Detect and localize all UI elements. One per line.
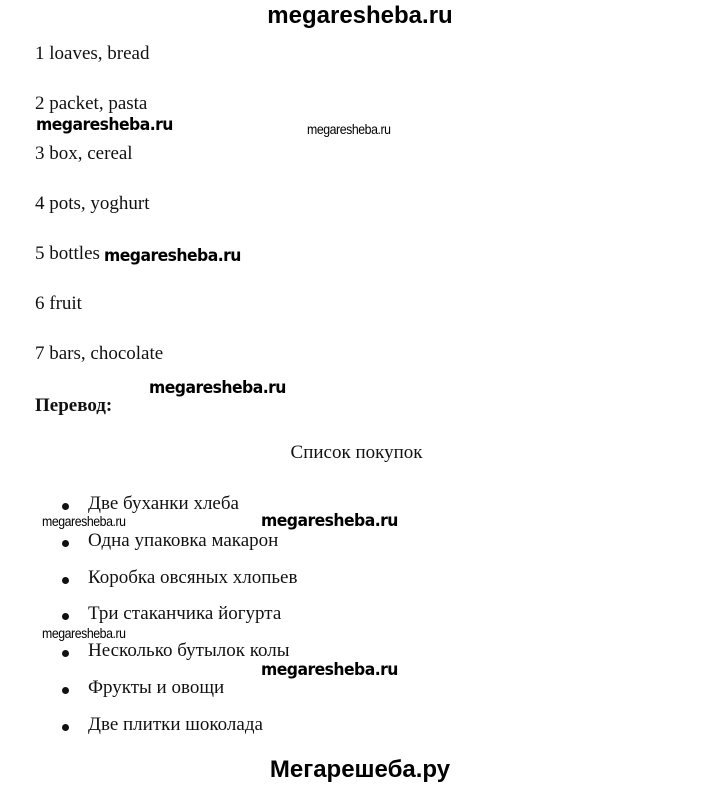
watermark: megaresheba.ru <box>149 378 286 398</box>
watermark: megaresheba.ru <box>261 511 398 531</box>
watermark: megaresheba.ru <box>307 121 391 137</box>
translation-label: Перевод: <box>35 395 112 417</box>
watermark: megaresheba.ru <box>104 246 241 266</box>
watermark: megaresheba.ru <box>36 115 173 135</box>
shopping-list-item: Три стаканчика йогурта <box>88 603 281 625</box>
bullet-icon <box>62 577 69 584</box>
answer-item-1: 1 loaves, bread <box>35 43 149 65</box>
shopping-list-item: Несколько бутылок колы <box>88 640 289 662</box>
shopping-list-item: Одна упаковка макарон <box>88 530 278 552</box>
watermark: megaresheba.ru <box>261 660 398 680</box>
bullet-icon <box>62 503 69 510</box>
shopping-list-item: Фрукты и овощи <box>88 677 224 699</box>
bullet-icon <box>62 650 69 657</box>
bullet-icon <box>62 613 69 620</box>
answer-item-6: 6 fruit <box>35 293 82 315</box>
answer-item-2: 2 packet, pasta <box>35 93 147 115</box>
header-watermark: megaresheba.ru <box>0 2 720 30</box>
shopping-list-item: Две буханки хлеба <box>88 493 239 515</box>
bullet-icon <box>62 540 69 547</box>
shopping-list-title: Список покупок <box>0 442 713 464</box>
watermark: megaresheba.ru <box>42 513 126 529</box>
bullet-icon <box>62 687 69 694</box>
shopping-list-item: Коробка овсяных хлопьев <box>88 567 297 589</box>
bullet-icon <box>62 724 69 731</box>
answer-item-4: 4 pots, yoghurt <box>35 193 150 215</box>
shopping-list-item: Две плитки шоколада <box>88 714 263 736</box>
watermark: megaresheba.ru <box>42 625 126 641</box>
answer-item-7: 7 bars, chocolate <box>35 343 163 365</box>
footer-watermark: Мегарешеба.ру <box>0 756 720 784</box>
answer-item-3: 3 box, cereal <box>35 143 133 165</box>
answer-item-5: 5 bottles <box>35 243 100 265</box>
